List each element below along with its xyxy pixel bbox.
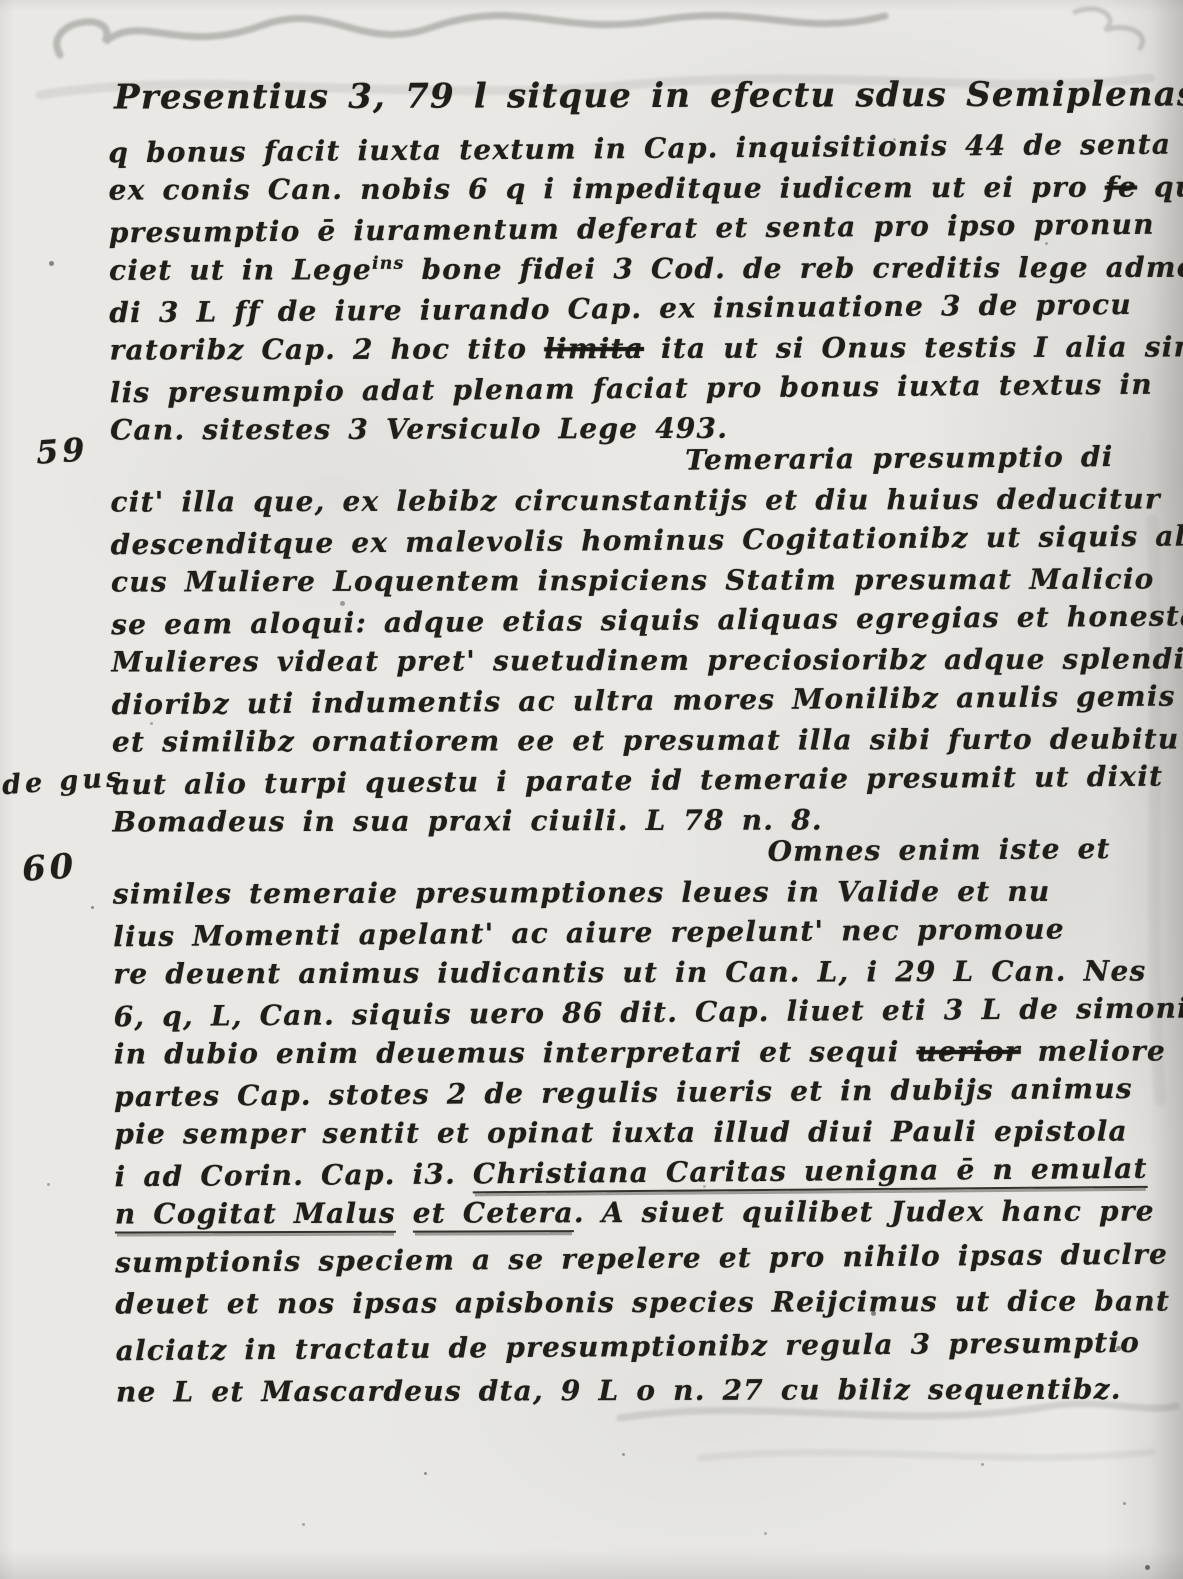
text-segment: Presentius 3, 79 l sitque in efectu sdus… <box>114 74 1183 117</box>
text-segment: pie semper sentit et opinat iuxta illud … <box>114 1115 1128 1151</box>
margin-note: de gus <box>1 762 126 802</box>
text-segment: ita ut si Onus testis I alia simi <box>644 330 1183 365</box>
text-segment: ins <box>372 254 405 274</box>
text-segment: alciatz in tractatu de presumptionibz re… <box>116 1326 1141 1367</box>
text-segment: . A siuet quilibet Judex hanc pre <box>574 1194 1155 1229</box>
text-segment: similes temeraie presumptiones leues in … <box>113 875 1051 911</box>
bleedthrough-top-scribble <box>57 16 885 55</box>
text-line: Presentius 3, 79 l sitque in efectu sdus… <box>108 76 1156 135</box>
text-segment: ratoribz Cap. 2 hoc tito <box>110 332 545 366</box>
text-segment: limita <box>544 332 644 365</box>
bleedthrough-bottom-line-2 <box>700 1452 1152 1458</box>
text-segment: n Cogitat Malus <box>115 1197 396 1234</box>
manuscript-text: Presentius 3, 79 l sitque in efectu sdus… <box>108 75 1164 1423</box>
text-segment: Omnes enim iste et <box>767 832 1110 868</box>
text-segment: ex conis Can. nobis 6 q i impeditque iud… <box>109 171 1105 207</box>
text-segment: Bomadeus in sua praxi ciuili. L 78 n. 8. <box>112 803 822 838</box>
margin-note: 59 <box>35 430 90 472</box>
text-segment: Can. sitestes 3 Versiculo Lege 493. <box>110 412 728 447</box>
text-segment: fe <box>1105 171 1137 204</box>
text-segment: et Cetera <box>413 1196 574 1232</box>
text-line: lis presumpio adat plenam faciat pro bon… <box>110 370 1158 419</box>
text-segment: cit' illa que, ex lebibz circunstantijs … <box>110 482 1160 518</box>
text-segment: ne L et Mascardeus dta, 9 L o n. 27 cu b… <box>116 1373 1122 1409</box>
text-segment <box>396 1197 413 1230</box>
manuscript-page: Presentius 3, 79 l sitque in efectu sdus… <box>0 0 1183 1579</box>
text-segment: partes Cap. stotes 2 de regulis iueris e… <box>114 1072 1133 1113</box>
text-segment: Temeraria presumptio di <box>685 440 1114 477</box>
text-segment: i ad Corin. Cap. i3. <box>114 1157 473 1193</box>
text-segment: deuet et nos ipsas apisbonis species Rei… <box>115 1284 1170 1320</box>
text-segment: re deuent animus iudicantis ut in Can. L… <box>113 954 1146 990</box>
text-segment: ciet ut in Lege <box>109 253 372 287</box>
text-segment: Mulieres videat pret' suetudinem precios… <box>111 642 1183 678</box>
text-segment: Christiana Caritas uenigna ē n emulat <box>473 1152 1148 1194</box>
text-line: ne L et Mascardeus dta, 9 L o n. 27 cu b… <box>116 1374 1164 1421</box>
text-segment: in dubio enim deuemus interpretari et se… <box>114 1035 917 1070</box>
text-segment: quo <box>1137 170 1183 203</box>
margin-note: 60 <box>21 846 79 890</box>
text-segment: uerior <box>916 1035 1020 1068</box>
text-segment: bone fidei 3 Cod. de reb creditis lege a… <box>404 250 1183 286</box>
text-segment: di 3 L ff de iure iurando Cap. ex insinu… <box>109 288 1132 329</box>
text-segment: lius Momenti apelant' ac aiure repelunt'… <box>113 912 1065 953</box>
text-segment: cus Muliere Loquentem inspiciens Statim … <box>111 562 1155 598</box>
text-segment: meliore <box>1021 1034 1166 1067</box>
bleedthrough-top-right-tick <box>1075 9 1143 48</box>
text-segment: et similibz ornatiorem ee et presumat il… <box>112 722 1180 758</box>
